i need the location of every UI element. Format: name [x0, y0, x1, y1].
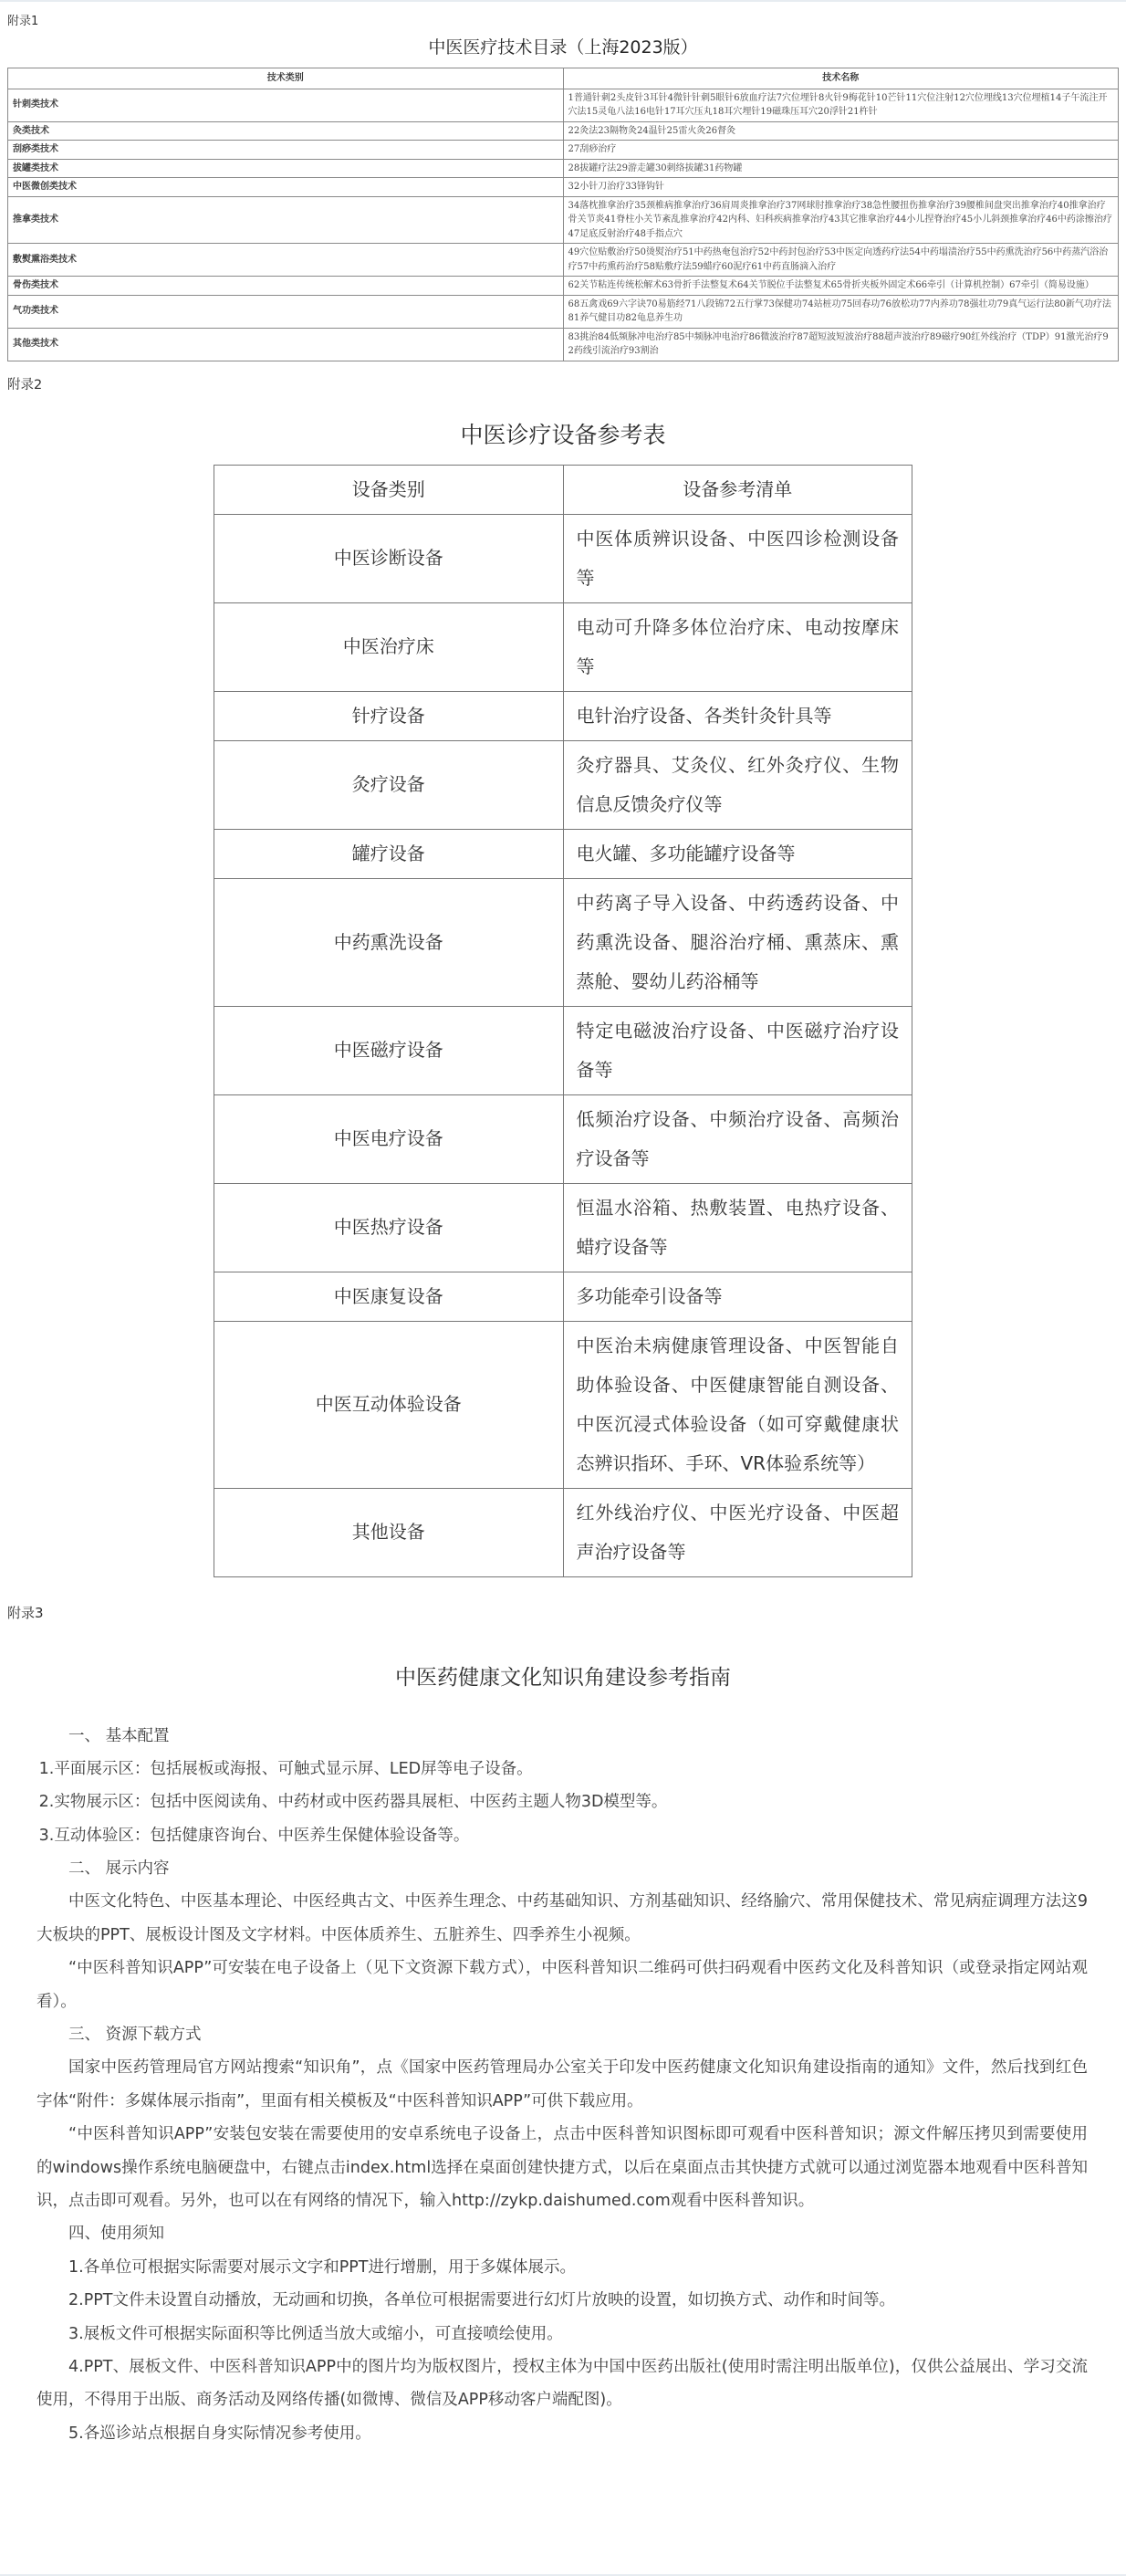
items-cell: 34落枕推拿治疗35颈椎病推拿治疗36肩周炎推拿治疗37网球肘推拿治疗38急性腰… — [563, 196, 1119, 244]
table-row: 推拿类技术34落枕推拿治疗35颈椎病推拿治疗36肩周炎推拿治疗37网球肘推拿治疗… — [8, 196, 1119, 244]
items-cell: 49穴位贴敷治疗50烫熨治疗51中药热奄包治疗52中药封包治疗53中医定向透药疗… — [563, 244, 1119, 277]
table-row: 中医康复设备多功能牵引设备等 — [214, 1272, 912, 1321]
table-row: 灸疗设备灸疗器具、艾灸仪、红外灸疗仪、生物信息反馈灸疗仪等 — [214, 740, 912, 829]
items-cell: 27刮痧治疗 — [563, 141, 1119, 160]
equip-category-header: 设备类别 — [214, 465, 564, 514]
table-row: 拔罐类技术28拔罐疗法29游走罐30刺络拔罐31药物罐 — [8, 159, 1119, 178]
equip-list-header: 设备参考清单 — [563, 465, 912, 514]
items-cell: 62关节粘连传统松解术63骨折手法整复术64关节脱位手法整复术65骨折夹板外固定… — [563, 277, 1119, 296]
guide-paragraph: 1.各单位可根据实际需要对展示文字和PPT进行增删，用于多媒体展示。 — [36, 2251, 1088, 2284]
document-page: 附录1 中医医疗技术目录（上海2023版） 技术类别 技术名称 针刺类技术1普通… — [0, 0, 1126, 2576]
table-row: 针刺类技术1普通针刺2头皮针3耳针4微针针刺5眼针6放血疗法7穴位埋针8火针9梅… — [8, 89, 1119, 121]
items-cell: 28拔罐疗法29游走罐30刺络拔罐31药物罐 — [563, 159, 1119, 178]
items-cell: 电动可升降多体位治疗床、电动按摩床等 — [563, 602, 912, 691]
table-row: 中药熏洗设备中药离子导入设备、中药透药设备、中药熏洗设备、腿浴治疗桶、熏蒸床、熏… — [214, 878, 912, 1006]
guide-paragraph: “中医科普知识APP”安装包安装在需要使用的安卓系统电子设备上，点击中医科普知识… — [36, 2118, 1088, 2217]
category-cell: 中医微创类技术 — [8, 178, 564, 197]
category-cell: 灸疗设备 — [214, 740, 564, 829]
category-cell: 拔罐类技术 — [8, 159, 564, 178]
guide-paragraph: 4.PPT、展板文件、中医科普知识APP中的图片均为版权图片，授权主体为中国中医… — [36, 2351, 1088, 2417]
guide-paragraph: “中医科普知识APP”可安装在电子设备上（见下文资源下载方式），中医科普知识二维… — [36, 1952, 1088, 2018]
section-heading: 三、 资源下载方式 — [36, 2018, 1088, 2051]
category-cell: 敷熨熏浴类技术 — [8, 244, 564, 277]
table-row: 敷熨熏浴类技术49穴位贴敷治疗50烫熨治疗51中药热奄包治疗52中药封包治疗53… — [8, 244, 1119, 277]
items-cell: 电火罐、多功能罐疗设备等 — [563, 829, 912, 878]
table-row: 罐疗设备电火罐、多功能罐疗设备等 — [214, 829, 912, 878]
items-cell: 中医治未病健康管理设备、中医智能自助体验设备、中医健康智能自测设备、中医沉浸式体… — [563, 1321, 912, 1488]
table-row: 中医微创类技术32小针刀治疗33锋钩针 — [8, 178, 1119, 197]
table-row: 中医电疗设备低频治疗设备、中频治疗设备、高频治疗设备等 — [214, 1094, 912, 1183]
guide-paragraph: 2.实物展示区：包括中医阅读角、中药材或中医药器具展柜、中医药主题人物3D模型等… — [36, 1785, 1088, 1818]
items-cell: 22灸法23隔物灸24温针25雷火灸26督灸 — [563, 121, 1119, 141]
table-row: 针疗设备电针治疗设备、各类针灸针具等 — [214, 691, 912, 740]
section-heading: 二、 展示内容 — [36, 1852, 1088, 1885]
items-cell: 中医体质辨识设备、中医四诊检测设备等 — [563, 514, 912, 602]
items-cell: 特定电磁波治疗设备、中医磁疗治疗设备等 — [563, 1006, 912, 1094]
tech-directory-title: 中医医疗技术目录（上海2023版） — [0, 34, 1126, 58]
items-cell: 多功能牵引设备等 — [563, 1272, 912, 1321]
category-cell: 针刺类技术 — [8, 89, 564, 121]
guide-paragraph: 1.平面展示区：包括展板或海报、可触式显示屏、LED屏等电子设备。 — [36, 1753, 1088, 1785]
category-cell: 其他设备 — [214, 1488, 564, 1576]
table-row: 中医治疗床电动可升降多体位治疗床、电动按摩床等 — [214, 602, 912, 691]
items-cell: 68五禽戏69六字诀70易筋经71八段锦72五行掌73保健功74站桩功75回春功… — [563, 295, 1119, 328]
items-cell: 恒温水浴箱、热敷装置、电热疗设备、蜡疗设备等 — [563, 1183, 912, 1272]
guide-paragraph: 5.各巡诊站点根据自身实际情况参考使用。 — [36, 2417, 1088, 2450]
appendix2-label: 附录2 — [7, 374, 1126, 393]
tech-name-header: 技术名称 — [563, 68, 1119, 89]
category-cell: 罐疗设备 — [214, 829, 564, 878]
table-row: 气功类技术68五禽戏69六字诀70易筋经71八段锦72五行掌73保健功74站桩功… — [8, 295, 1119, 328]
tcm-equipment-table: 设备类别 设备参考清单 中医诊断设备中医体质辨识设备、中医四诊检测设备等 中医治… — [214, 465, 912, 1577]
category-cell: 中医诊断设备 — [214, 514, 564, 602]
guide-paragraph: 3.互动体验区：包括健康咨询台、中医养生保健体验设备等。 — [36, 1819, 1088, 1852]
guide-body: 一、 基本配置 1.平面展示区：包括展板或海报、可触式显示屏、LED屏等电子设备… — [36, 1720, 1088, 2451]
category-cell: 中医磁疗设备 — [214, 1006, 564, 1094]
category-cell: 中医康复设备 — [214, 1272, 564, 1321]
items-cell: 电针治疗设备、各类针灸针具等 — [563, 691, 912, 740]
guide-title: 中医药健康文化知识角建设参考指南 — [0, 1660, 1126, 1691]
items-cell: 83挑治84低频脉冲电治疗85中频脉冲电治疗86微波治疗87超短波短波治疗88超… — [563, 328, 1119, 361]
category-cell: 中医电疗设备 — [214, 1094, 564, 1183]
category-cell: 针疗设备 — [214, 691, 564, 740]
category-cell: 中医治疗床 — [214, 602, 564, 691]
table-row: 中医磁疗设备特定电磁波治疗设备、中医磁疗治疗设备等 — [214, 1006, 912, 1094]
tcm-technology-table: 技术类别 技术名称 针刺类技术1普通针刺2头皮针3耳针4微针针刺5眼针6放血疗法… — [7, 68, 1119, 361]
table-header-row: 设备类别 设备参考清单 — [214, 465, 912, 514]
guide-paragraph: 中医文化特色、中医基本理论、中医经典古文、中医养生理念、中药基础知识、方剂基础知… — [36, 1885, 1088, 1952]
category-cell: 其他类技术 — [8, 328, 564, 361]
items-cell: 32小针刀治疗33锋钩针 — [563, 178, 1119, 197]
equipment-table-title: 中医诊疗设备参考表 — [0, 417, 1126, 450]
items-cell: 低频治疗设备、中频治疗设备、高频治疗设备等 — [563, 1094, 912, 1183]
category-cell: 骨伤类技术 — [8, 277, 564, 296]
items-cell: 红外线治疗仪、中医光疗设备、中医超声治疗设备等 — [563, 1488, 912, 1576]
table-row: 刮痧类技术27刮痧治疗 — [8, 141, 1119, 160]
appendix3-label: 附录3 — [7, 1603, 1126, 1622]
category-cell: 中药熏洗设备 — [214, 878, 564, 1006]
table-row: 中医热疗设备恒温水浴箱、热敷装置、电热疗设备、蜡疗设备等 — [214, 1183, 912, 1272]
section-heading: 一、 基本配置 — [36, 1720, 1088, 1753]
tech-category-header: 技术类别 — [8, 68, 564, 89]
category-cell: 推拿类技术 — [8, 196, 564, 244]
category-cell: 中医热疗设备 — [214, 1183, 564, 1272]
table-row: 中医互动体验设备中医治未病健康管理设备、中医智能自助体验设备、中医健康智能自测设… — [214, 1321, 912, 1488]
guide-paragraph: 2.PPT文件未设置自动播放，无动画和切换，各单位可根据需要进行幻灯片放映的设置… — [36, 2284, 1088, 2317]
guide-paragraph: 国家中医药管理局官方网站搜索“知识角”，点《国家中医药管理局办公室关于印发中医药… — [36, 2051, 1088, 2118]
category-cell: 中医互动体验设备 — [214, 1321, 564, 1488]
table-row: 其他设备红外线治疗仪、中医光疗设备、中医超声治疗设备等 — [214, 1488, 912, 1576]
category-cell: 灸类技术 — [8, 121, 564, 141]
items-cell: 中药离子导入设备、中药透药设备、中药熏洗设备、腿浴治疗桶、熏蒸床、熏蒸舱、婴幼儿… — [563, 878, 912, 1006]
items-cell: 灸疗器具、艾灸仪、红外灸疗仪、生物信息反馈灸疗仪等 — [563, 740, 912, 829]
appendix1-label: 附录1 — [7, 11, 1126, 28]
category-cell: 刮痧类技术 — [8, 141, 564, 160]
table-header-row: 技术类别 技术名称 — [8, 68, 1119, 89]
items-cell: 1普通针刺2头皮针3耳针4微针针刺5眼针6放血疗法7穴位埋针8火针9梅花针10芒… — [563, 89, 1119, 121]
category-cell: 气功类技术 — [8, 295, 564, 328]
section-heading: 四、使用须知 — [36, 2217, 1088, 2250]
table-row: 其他类技术83挑治84低频脉冲电治疗85中频脉冲电治疗86微波治疗87超短波短波… — [8, 328, 1119, 361]
table-row: 灸类技术22灸法23隔物灸24温针25雷火灸26督灸 — [8, 121, 1119, 141]
table-row: 骨伤类技术62关节粘连传统松解术63骨折手法整复术64关节脱位手法整复术65骨折… — [8, 277, 1119, 296]
table-row: 中医诊断设备中医体质辨识设备、中医四诊检测设备等 — [214, 514, 912, 602]
guide-paragraph: 3.展板文件可根据实际面积等比例适当放大或缩小，可直接喷绘使用。 — [36, 2318, 1088, 2351]
